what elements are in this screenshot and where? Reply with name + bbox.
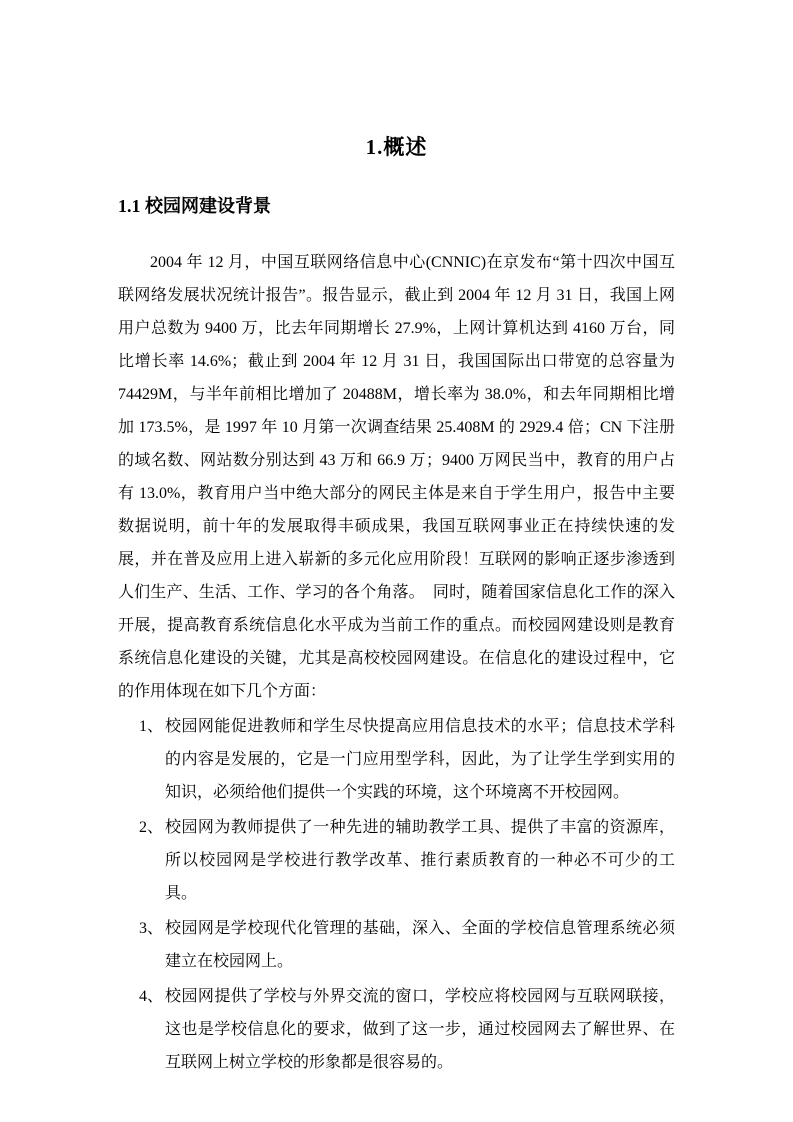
document-page: 1.概述 1.1 校园网建设背景 2004 年 12 月，中国互联网络信息中心(…: [0, 0, 793, 1122]
list-item-marker: 2、: [139, 811, 165, 844]
list-item-marker: 3、: [139, 912, 165, 945]
numbered-list: 1、 校园网能促进教师和学生尽快提高应用信息技术的水平；信息技术学科的内容是发展…: [118, 710, 675, 1079]
document-title: 1.概述: [118, 0, 675, 162]
list-item-text: 校园网能促进教师和学生尽快提高应用信息技术的水平；信息技术学科的内容是发展的，它…: [165, 718, 675, 801]
list-item-1: 1、 校园网能促进教师和学生尽快提高应用信息技术的水平；信息技术学科的内容是发展…: [118, 710, 675, 809]
list-item-3: 3、 校园网是学校现代化管理的基础，深入、全面的学校信息管理系统必须建立在校园网…: [118, 912, 675, 978]
section-heading: 1.1 校园网建设背景: [118, 193, 675, 219]
intro-paragraph: 2004 年 12 月，中国互联网络信息中心(CNNIC)在京发布“第十四次中国…: [118, 246, 675, 708]
list-item-text: 校园网是学校现代化管理的基础，深入、全面的学校信息管理系统必须建立在校园网上。: [165, 920, 675, 970]
list-item-text: 校园网为教师提供了一种先进的辅助教学工具、提供了丰富的资源库，所以校园网是学校进…: [165, 819, 675, 902]
list-item-text: 校园网提供了学校与外界交流的窗口，学校应将校园网与互联网联接，这也是学校信息化的…: [165, 988, 675, 1071]
list-item-4: 4、 校园网提供了学校与外界交流的窗口，学校应将校园网与互联网联接，这也是学校信…: [118, 980, 675, 1079]
list-item-marker: 1、: [139, 710, 165, 743]
document-content: 1.概述 1.1 校园网建设背景 2004 年 12 月，中国互联网络信息中心(…: [118, 0, 675, 1079]
list-item-marker: 4、: [139, 980, 165, 1013]
list-item-2: 2、 校园网为教师提供了一种先进的辅助教学工具、提供了丰富的资源库，所以校园网是…: [118, 811, 675, 910]
